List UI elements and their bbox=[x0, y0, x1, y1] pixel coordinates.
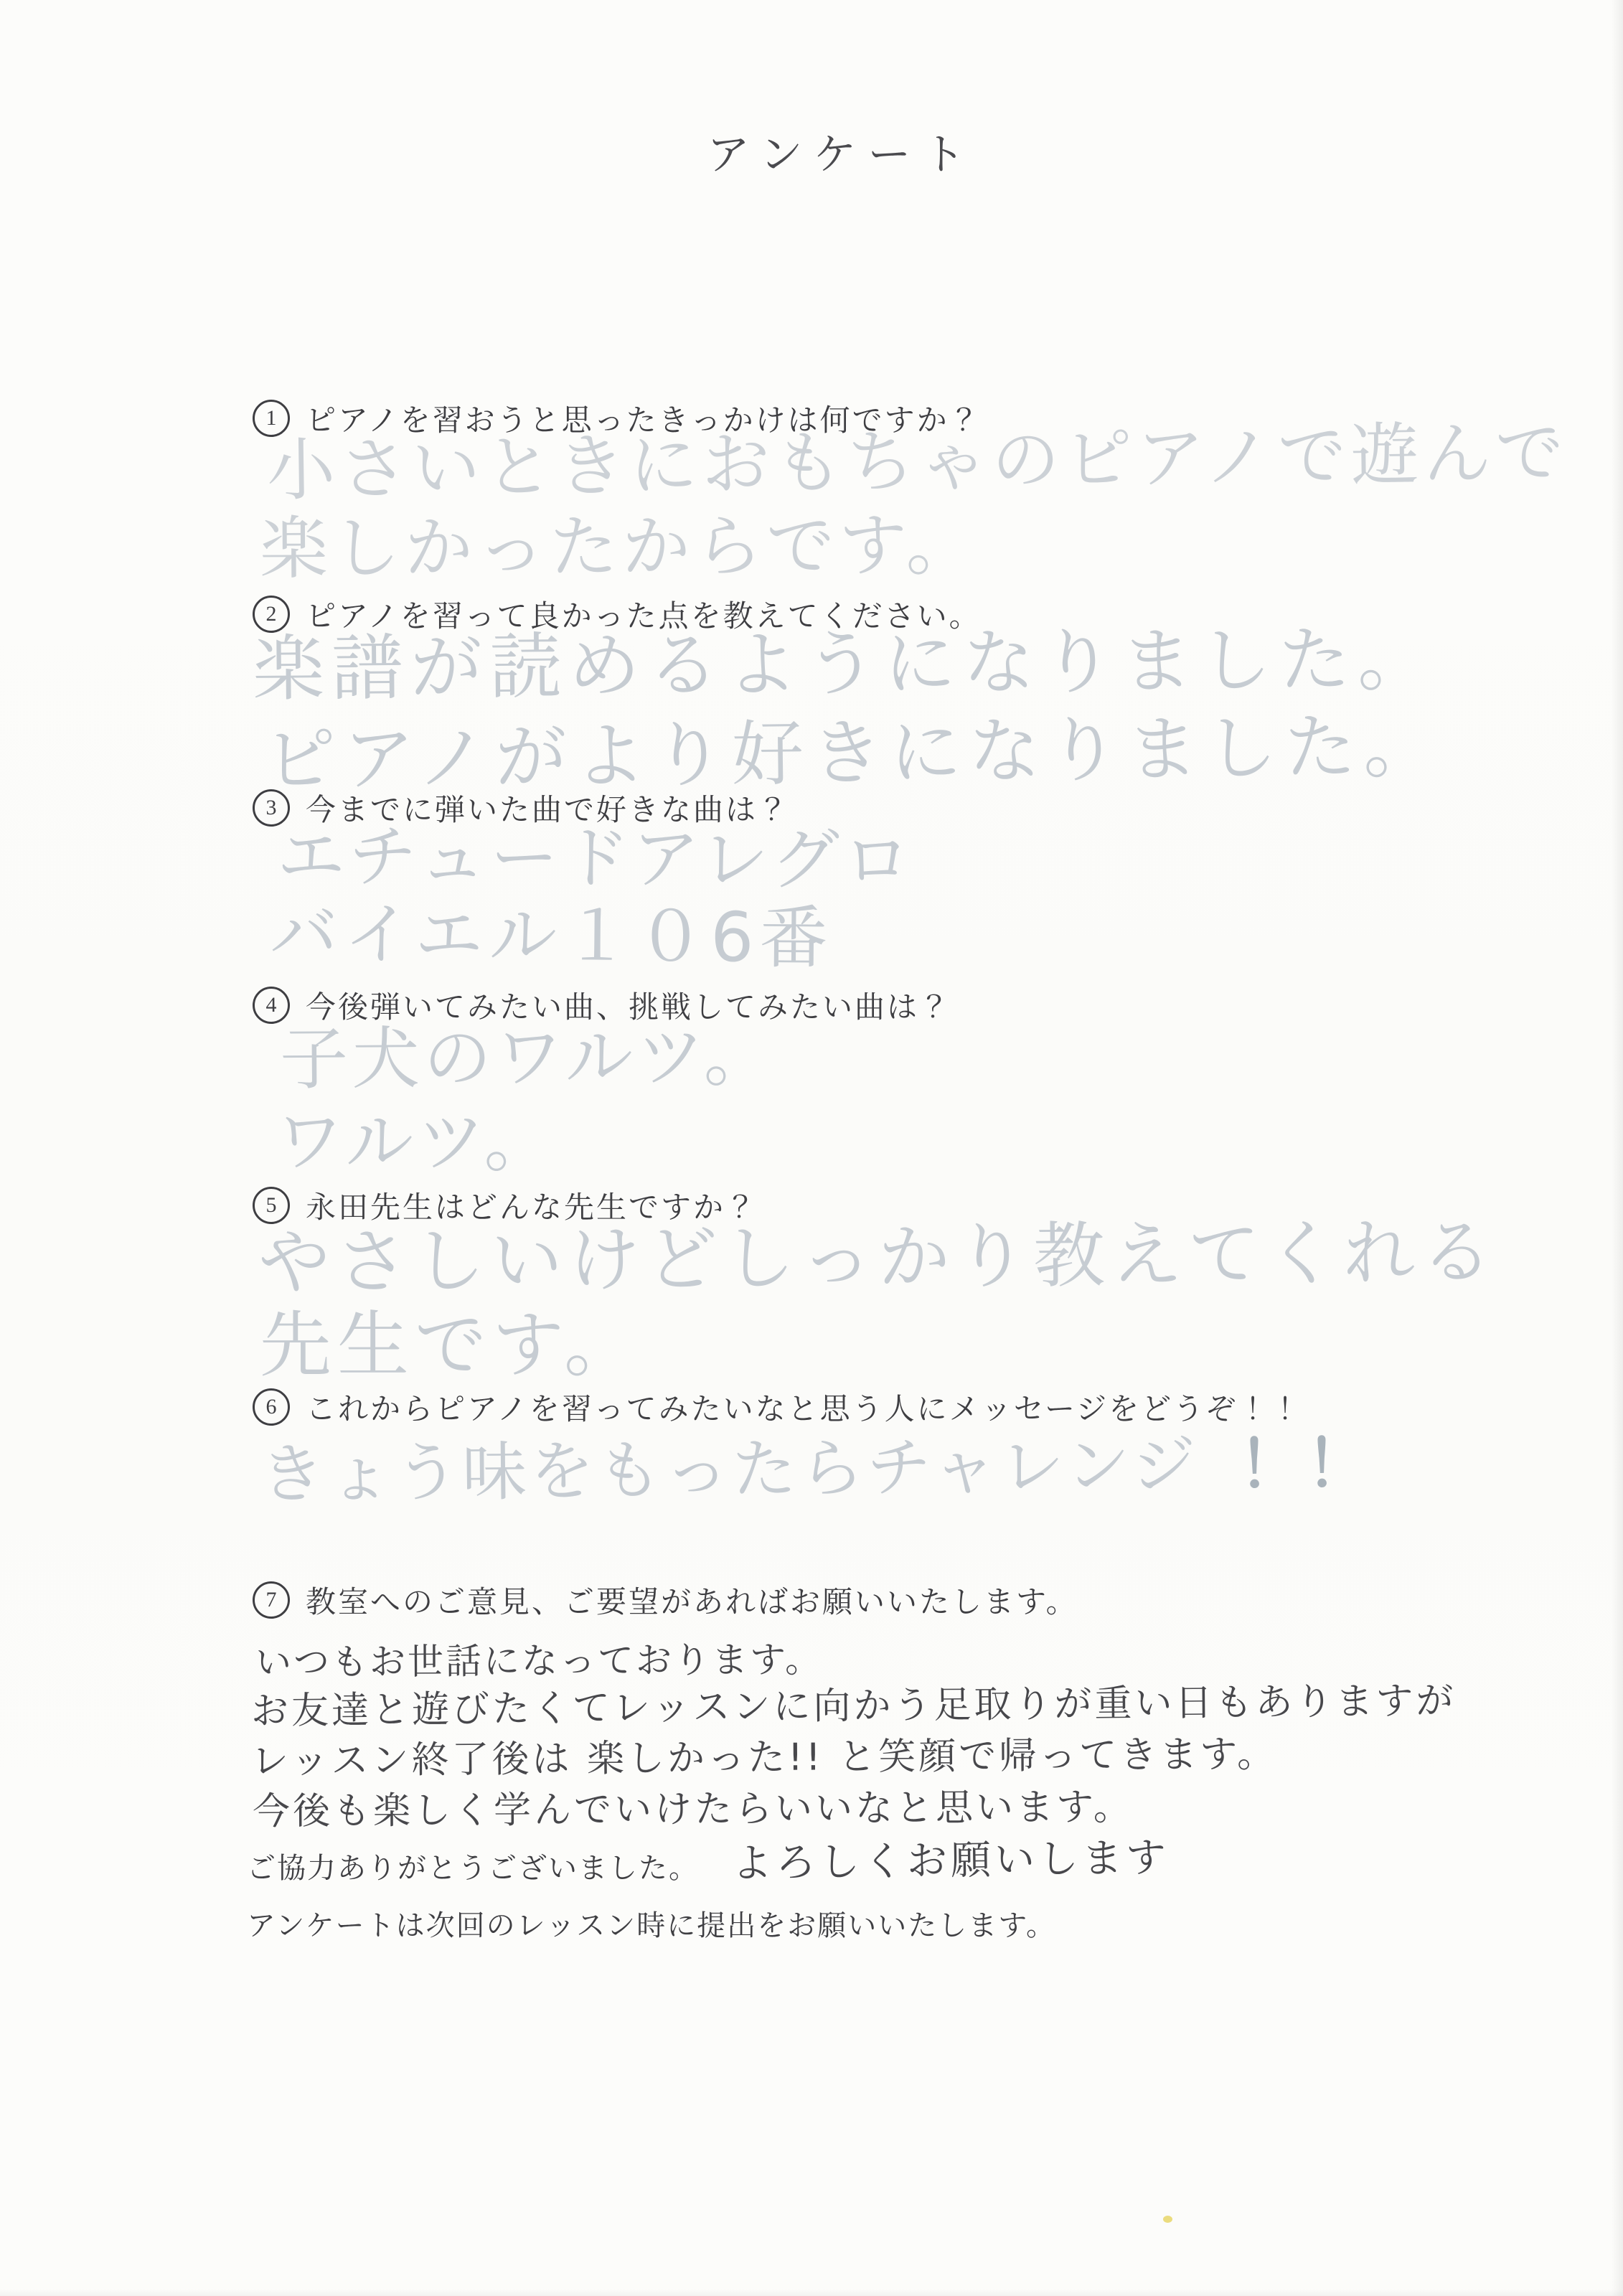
question-5-number: 5 bbox=[253, 1187, 290, 1224]
question-1-answer-line-1: 小さいときにおもちゃのピアノで遊んで bbox=[266, 419, 1568, 505]
scan-artifact-dot bbox=[1163, 2216, 1172, 2223]
question-5-answer-line-1: やさしいけどしっかり教えてくれる bbox=[258, 1216, 1499, 1299]
question-7-answer-line-4: 今後も楽しく学んでいけたらいいなと思います。 bbox=[253, 1789, 1134, 1830]
question-4-number: 4 bbox=[253, 987, 290, 1024]
question-5-answer-line-2: 先生です。 bbox=[260, 1309, 641, 1381]
question-6-answer-text: きょう味をもったらチャレンジ bbox=[259, 1427, 1199, 1512]
question-2-answer-line-2: ピアノがより好きになりました。 bbox=[263, 710, 1442, 796]
handwritten-thanks: よろしくお願いします bbox=[732, 1838, 1170, 1885]
scan-edge-shadow-right bbox=[1612, 0, 1623, 2296]
question-7-answer-line-3: レッスン終了後は 楽しかった!! と笑顔で帰ってきます。 bbox=[251, 1736, 1277, 1780]
question-7-answer-line-2: お友達と遊びたくてレッスンに向かう足取りが重い日もありますが bbox=[251, 1683, 1457, 1731]
question-6-answer-exclamations: ！！ bbox=[1222, 1426, 1358, 1502]
question-3-answer-line-2: バイエル１０6番 bbox=[270, 900, 834, 974]
scan-edge-shadow-bottom bbox=[0, 2289, 1623, 2296]
question-4-answer-line-1: 子犬のワルツ。 bbox=[280, 1023, 776, 1095]
question-7: 7 教室へのご意見、ご要望があればお願いいたします。 bbox=[253, 1578, 1078, 1622]
question-7-answer-line-1: いつもお世話になっております。 bbox=[255, 1642, 823, 1680]
question-2-answer-line-1: 楽譜が読めるようになりました。 bbox=[253, 624, 1437, 705]
question-6-number: 6 bbox=[253, 1388, 290, 1426]
page-title: アンケート bbox=[707, 121, 977, 182]
question-7-number: 7 bbox=[253, 1581, 290, 1619]
question-1-answer-line-2: 楽しかったからです。 bbox=[260, 512, 979, 583]
submit-note: アンケートは次回のレッスン時に提出をお願いいたします。 bbox=[247, 1903, 1056, 1944]
thanks-note: ご協力ありがとうございました。 bbox=[247, 1845, 699, 1886]
question-6-label: これからピアノを習ってみたいなと思う人にメッセージをどうぞ！！ bbox=[306, 1385, 1302, 1429]
questionnaire-scan: アンケート 1 ピアノを習おうと思ったきっかけは何ですか？ 小さいときにおもちゃ… bbox=[0, 0, 1623, 2296]
question-6-answer-line-1: きょう味をもったらチャレンジ ！！ bbox=[260, 1431, 1358, 1507]
question-3-answer-line-1: エチュードアレグロ bbox=[277, 823, 915, 895]
question-6: 6 これからピアノを習ってみたいなと思う人にメッセージをどうぞ！！ bbox=[253, 1385, 1302, 1429]
question-4-answer-line-2: ワルツ。 bbox=[276, 1109, 556, 1177]
question-7-label: 教室へのご意見、ご要望があればお願いいたします。 bbox=[306, 1578, 1078, 1622]
